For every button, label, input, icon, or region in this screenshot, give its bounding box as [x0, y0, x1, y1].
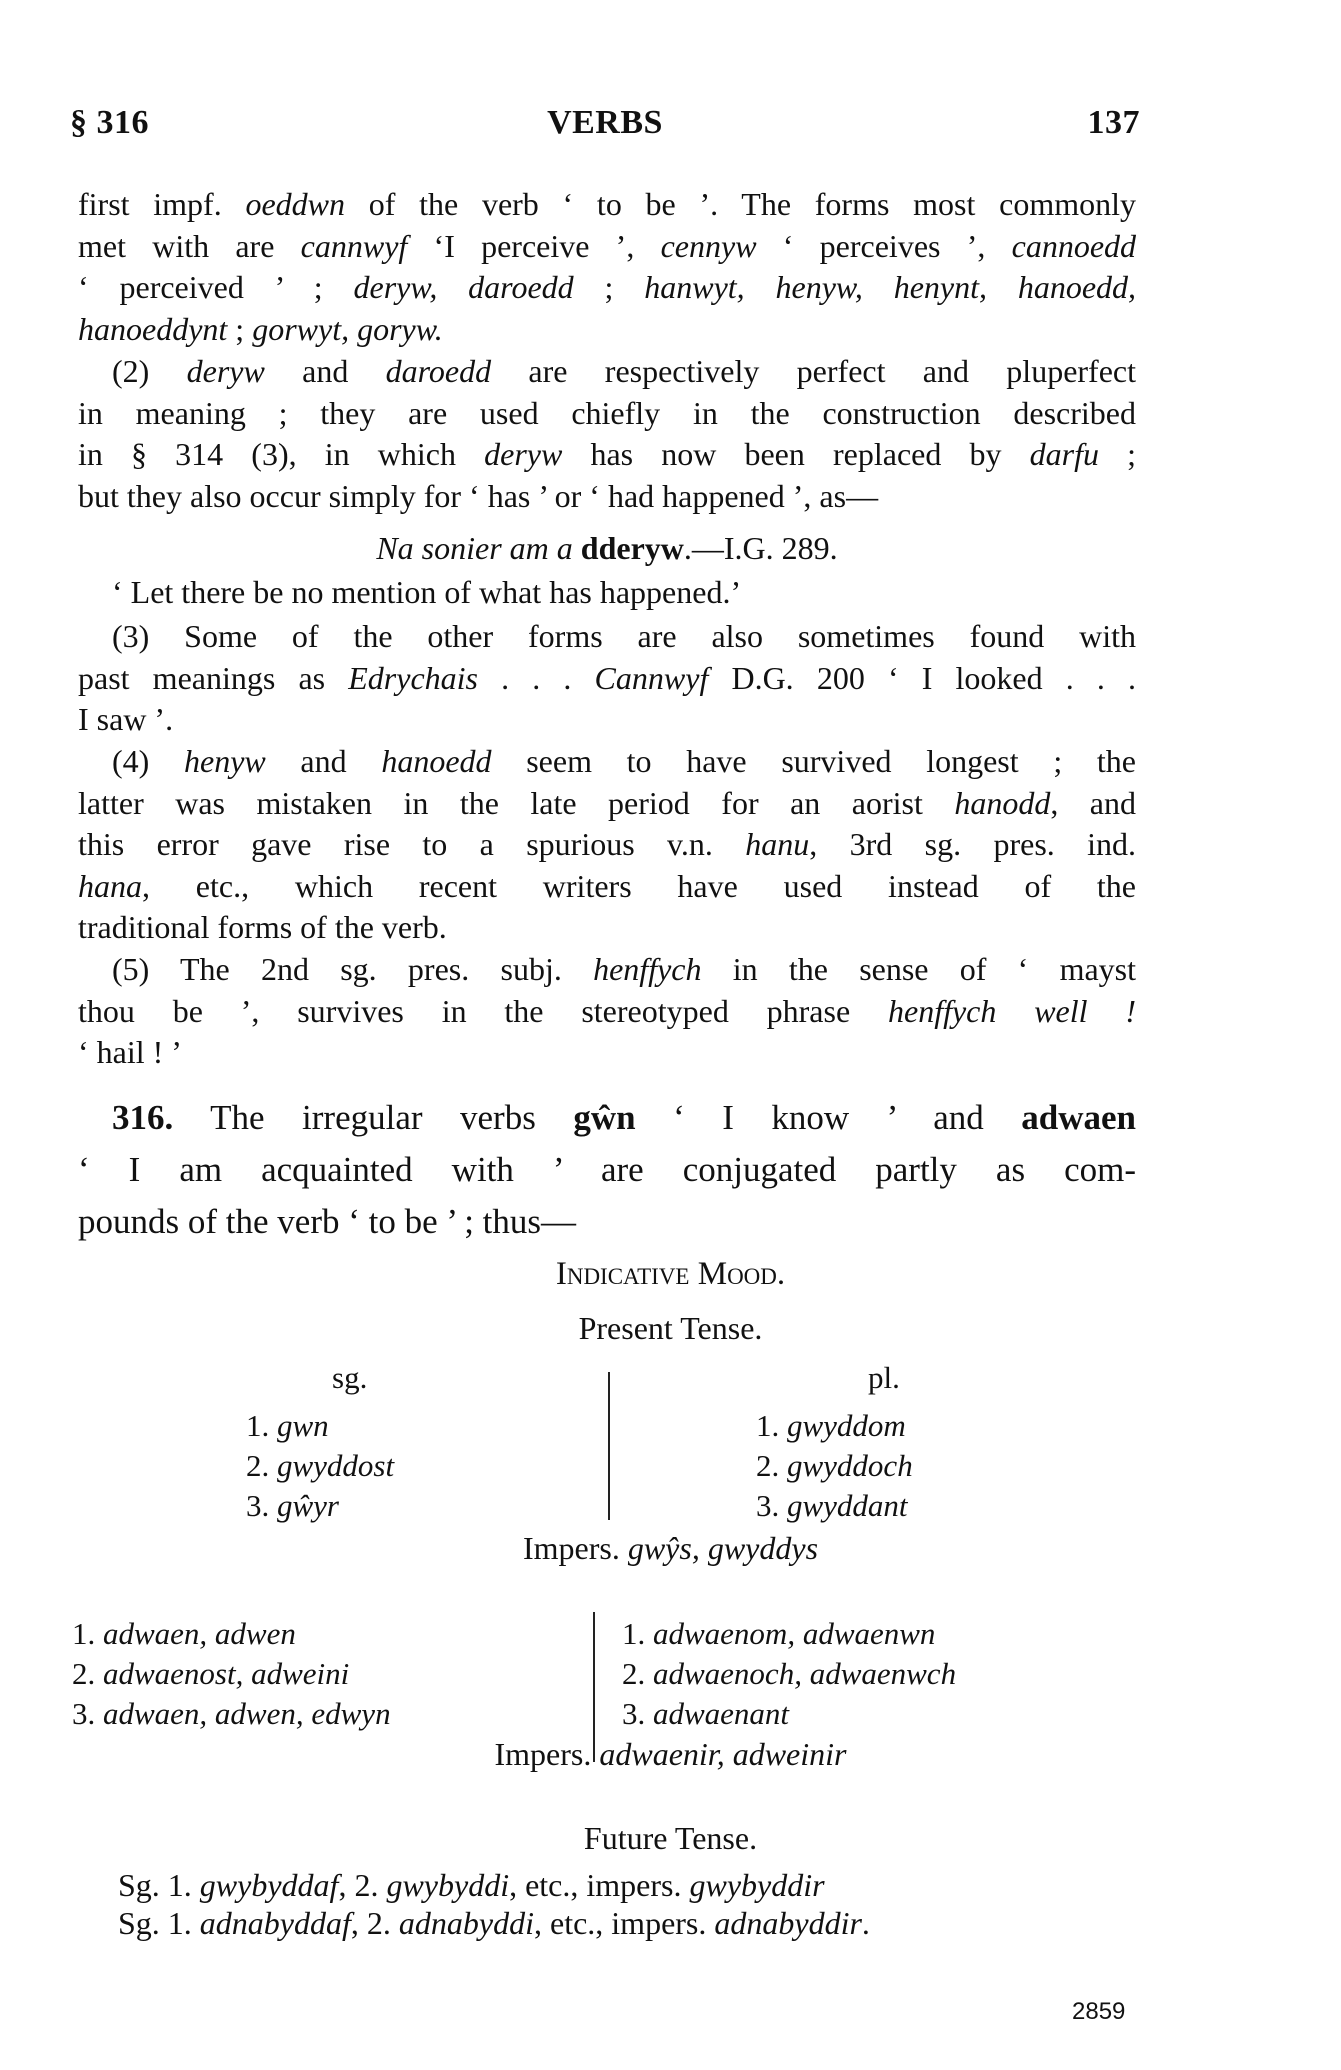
indicative-mood-heading: Indicative Mood. [0, 1256, 1341, 1293]
column-header-singular: sg. [332, 1358, 367, 1398]
paradigm-row: 2. gwyddost [246, 1446, 394, 1486]
paradigm-row: 1. adwaenom, adwaenwn [622, 1614, 956, 1654]
text-line: ‘ hail ! ’ [78, 1032, 1136, 1074]
paradigm-row: 1. adwaen, adwen [72, 1614, 391, 1654]
text-line: latter was mistaken in the late period f… [78, 783, 1136, 825]
paradigm-row: 1. gwn [246, 1406, 394, 1446]
text-line: thou be ’, survives in the stereotyped p… [78, 991, 1136, 1033]
text-line: Sg. 1. gwybyddaf, 2. gwybyddi, etc., imp… [118, 1866, 870, 1904]
text-line: this error gave rise to a spurious v.n. … [78, 824, 1136, 866]
future-tense-forms: Sg. 1. gwybyddaf, 2. gwybyddi, etc., imp… [118, 1866, 870, 1942]
text-line: first impf. oeddwn of the verb ‘ to be ’… [78, 184, 1136, 226]
adwaen-singular-list: 1. adwaen, adwen 2. adwaenost, adweini 3… [72, 1614, 391, 1734]
section-316-intro: 316. The irregular verbs gŵn ‘ I know ’ … [78, 1092, 1136, 1248]
text-line: in meaning ; they are used chiefly in th… [78, 393, 1136, 435]
paragraph-2: (2) deryw and daroedd are respectively p… [78, 351, 1136, 517]
gwn-singular-list: 1. gwn 2. gwyddost 3. gŵyr [246, 1406, 394, 1526]
paragraph-3: (3) Some of the other forms are also som… [78, 616, 1136, 741]
paradigm-row: 3. adwaenant [622, 1694, 956, 1734]
quote-translation: ‘ Let there be no mention of what has ha… [78, 572, 1136, 614]
text-line: 316. The irregular verbs gŵn ‘ I know ’ … [78, 1092, 1136, 1144]
text-line: past meanings as Edrychais . . . Cannwyf… [78, 658, 1136, 700]
paradigm-row: 3. adwaen, adwen, edwyn [72, 1694, 391, 1734]
gwn-impersonal: Impers. gwŷs, gwyddys [0, 1530, 1341, 1567]
adwaen-plural-list: 1. adwaenom, adwaenwn 2. adwaenoch, adwa… [622, 1614, 956, 1734]
running-head: § 316 VERBS 137 [70, 104, 1140, 148]
text-line: (4) henyw and hanoedd seem to have survi… [78, 741, 1136, 783]
column-divider [608, 1372, 610, 1520]
page-title: VERBS [70, 104, 1140, 142]
text-line: met with are cannwyf ‘I perceive ’, cenn… [78, 226, 1136, 268]
text-line: hana, etc., which recent writers have us… [78, 866, 1136, 908]
text-line: (2) deryw and daroedd are respectively p… [78, 351, 1136, 393]
text-line: ‘ perceived ’ ; deryw, daroedd ; hanwyt,… [78, 267, 1136, 309]
paradigm-row: 3. gŵyr [246, 1486, 394, 1526]
future-tense-heading: Future Tense. [0, 1820, 1341, 1857]
scan-number: 2859 [1072, 1998, 1125, 2026]
book-page: § 316 VERBS 137 first impf. oeddwn of th… [0, 0, 1341, 2070]
paradigm-row: 1. gwyddom [756, 1406, 913, 1446]
text-line: but they also occur simply for ‘ has ’ o… [78, 476, 1136, 518]
text-line: Sg. 1. adnabyddaf, 2. adnabyddi, etc., i… [118, 1904, 870, 1942]
quotation-block: Na sonier am a dderyw.—I.G. 289. ‘ Let t… [78, 528, 1136, 613]
quoted-verse: Na sonier am a dderyw.—I.G. 289. [78, 528, 1136, 570]
paradigm-row: 2. adwaenoch, adwaenwch [622, 1654, 956, 1694]
text-line: (3) Some of the other forms are also som… [78, 616, 1136, 658]
present-tense-heading: Present Tense. [0, 1310, 1341, 1347]
text-line: (5) The 2nd sg. pres. subj. henffych in … [78, 949, 1136, 991]
text-line: in § 314 (3), in which deryw has now bee… [78, 434, 1136, 476]
page-number: 137 [1088, 104, 1141, 142]
paragraph-1: first impf. oeddwn of the verb ‘ to be ’… [78, 184, 1136, 350]
column-header-plural: pl. [868, 1358, 900, 1398]
paradigm-row: 3. gwyddant [756, 1486, 913, 1526]
text-line: I saw ’. [78, 699, 1136, 741]
adwaen-impersonal: Impers. adwaenir, adweinir [0, 1736, 1341, 1773]
paradigm-row: 2. adwaenost, adweini [72, 1654, 391, 1694]
text-line: traditional forms of the verb. [78, 907, 1136, 949]
text-line: hanoeddynt ; gorwyt, goryw. [78, 309, 1136, 351]
paragraph-5: (5) The 2nd sg. pres. subj. henffych in … [78, 949, 1136, 1074]
text-line: pounds of the verb ‘ to be ’ ; thus— [78, 1196, 1136, 1248]
paradigm-row: 2. gwyddoch [756, 1446, 913, 1486]
gwn-plural-list: 1. gwyddom 2. gwyddoch 3. gwyddant [756, 1406, 913, 1526]
paragraph-4: (4) henyw and hanoedd seem to have survi… [78, 741, 1136, 949]
text-line: ‘ I am acquainted with ’ are conjugated … [78, 1144, 1136, 1196]
